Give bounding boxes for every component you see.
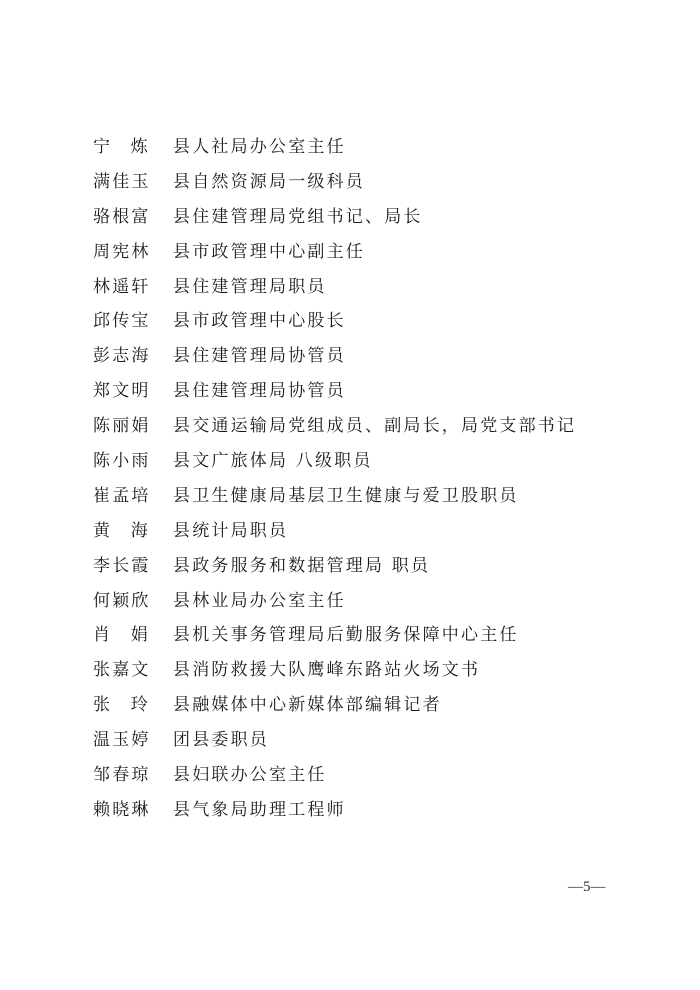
person-name: 肖 娟 — [93, 620, 150, 645]
list-item: 崔孟培 县卫生健康局基层卫生健康与爱卫股职员 — [93, 476, 576, 511]
person-name: 李长霞 — [93, 551, 173, 576]
person-name: 张嘉文 — [93, 655, 173, 680]
person-title: 县住建管理局协管员 — [173, 341, 346, 366]
person-name: 宁 炼 — [93, 132, 150, 157]
list-item: 李长霞 县政务服务和数据管理局 职员 — [93, 546, 576, 581]
person-name: 陈小雨 — [93, 446, 173, 471]
list-item: 张嘉文 县消防救援大队鹰峰东路站火场文书 — [93, 650, 576, 685]
person-name: 温玉婷 — [93, 725, 173, 750]
person-title: 县人社局办公室主任 — [173, 132, 346, 157]
person-title: 县自然资源局一级科员 — [173, 167, 365, 192]
person-name: 彭志海 — [93, 341, 173, 366]
person-name: 赖晓琳 — [93, 795, 173, 820]
name-list: 宁 炼 县人社局办公室主任 满佳玉 县自然资源局一级科员 骆根富 县住建管理局党… — [93, 127, 576, 825]
document-page: 宁 炼 县人社局办公室主任 满佳玉 县自然资源局一级科员 骆根富 县住建管理局党… — [0, 0, 700, 990]
person-title: 县市政管理中心副主任 — [173, 237, 365, 262]
list-item: 邱传宝 县市政管理中心股长 — [93, 301, 576, 336]
list-item: 陈小雨 县文广旅体局 八级职员 — [93, 441, 576, 476]
list-item: 温玉婷 团县委职员 — [93, 720, 576, 755]
list-item: 周宪林 县市政管理中心副主任 — [93, 232, 576, 267]
person-name: 张 玲 — [93, 690, 150, 715]
person-title: 县文广旅体局 八级职员 — [173, 446, 373, 471]
list-item: 林遥轩 县住建管理局职员 — [93, 267, 576, 302]
person-title: 县交通运输局党组成员、副局长，局党支部书记 — [173, 411, 576, 436]
person-name: 陈丽娟 — [93, 411, 173, 436]
list-item: 陈丽娟 县交通运输局党组成员、副局长，局党支部书记 — [93, 406, 576, 441]
person-title: 县住建管理局党组书记、局长 — [173, 202, 423, 227]
person-title: 县统计局职员 — [173, 516, 288, 541]
person-title: 县消防救援大队鹰峰东路站火场文书 — [173, 655, 480, 680]
list-item: 黄 海 县统计局职员 — [93, 511, 576, 546]
person-name: 崔孟培 — [93, 481, 173, 506]
list-item: 骆根富 县住建管理局党组书记、局长 — [93, 197, 576, 232]
list-item: 张 玲 县融媒体中心新媒体部编辑记者 — [93, 685, 576, 720]
person-name: 周宪林 — [93, 237, 173, 262]
list-item: 郑文明 县住建管理局协管员 — [93, 371, 576, 406]
person-name: 何颖欣 — [93, 586, 173, 611]
person-name: 郑文明 — [93, 376, 173, 401]
list-item: 邹春琼 县妇联办公室主任 — [93, 755, 576, 790]
list-item: 赖晓琳 县气象局助理工程师 — [93, 790, 576, 825]
person-title: 县市政管理中心股长 — [173, 306, 346, 331]
person-name: 林遥轩 — [93, 272, 173, 297]
person-title: 县住建管理局协管员 — [173, 376, 346, 401]
person-name: 骆根富 — [93, 202, 173, 227]
person-title: 县妇联办公室主任 — [173, 760, 327, 785]
list-item: 满佳玉 县自然资源局一级科员 — [93, 162, 576, 197]
list-item: 肖 娟 县机关事务管理局后勤服务保障中心主任 — [93, 615, 576, 650]
list-item: 彭志海 县住建管理局协管员 — [93, 336, 576, 371]
person-title: 县林业局办公室主任 — [173, 586, 346, 611]
person-title: 县融媒体中心新媒体部编辑记者 — [173, 690, 442, 715]
person-title: 县卫生健康局基层卫生健康与爱卫股职员 — [173, 481, 519, 506]
person-title: 县住建管理局职员 — [173, 272, 327, 297]
person-title: 县机关事务管理局后勤服务保障中心主任 — [173, 620, 519, 645]
person-name: 满佳玉 — [93, 167, 173, 192]
person-name: 邱传宝 — [93, 306, 173, 331]
person-name: 黄 海 — [93, 516, 150, 541]
list-item: 何颖欣 县林业局办公室主任 — [93, 581, 576, 616]
person-title: 团县委职员 — [173, 725, 269, 750]
person-title: 县气象局助理工程师 — [173, 795, 346, 820]
list-item: 宁 炼 县人社局办公室主任 — [93, 127, 576, 162]
person-name: 邹春琼 — [93, 760, 173, 785]
page-number: —5— — [568, 879, 606, 896]
person-title: 县政务服务和数据管理局 职员 — [173, 551, 430, 576]
